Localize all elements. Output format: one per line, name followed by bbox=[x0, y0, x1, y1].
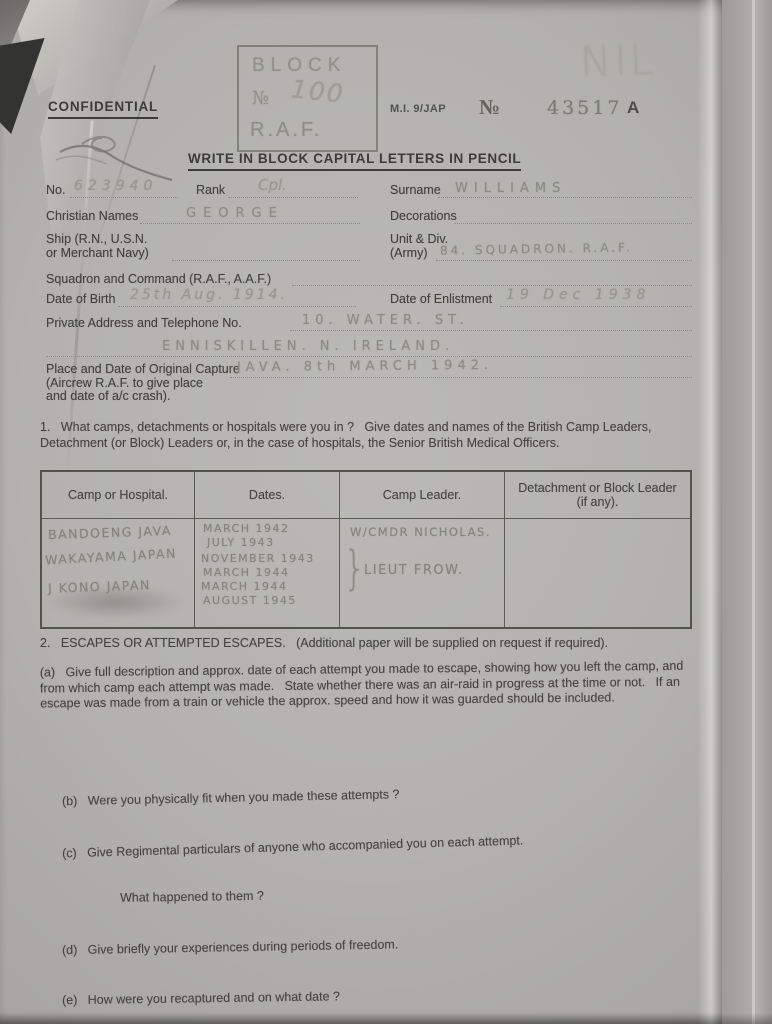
stamp-no-symbol: № bbox=[252, 88, 269, 109]
field-line bbox=[455, 222, 692, 224]
camp-table: Camp or Hospital. Dates. Camp Leader. De… bbox=[40, 470, 692, 629]
camp-entry: BANDOENG JAVA bbox=[48, 523, 172, 542]
table-header-leader: Camp Leader. bbox=[340, 472, 505, 519]
stamp-handwritten-number: 100 bbox=[290, 74, 346, 108]
field-label-decorations: Decorations bbox=[390, 209, 457, 223]
confidential-marking: CONFIDENTIAL bbox=[48, 99, 158, 119]
field-line bbox=[228, 196, 358, 198]
field-value-address-line1: 10. WATER. ST. bbox=[302, 313, 469, 328]
serial-no-symbol: № bbox=[479, 95, 500, 120]
table-cell-leaders: W/CMDR NICHOLAS. } LIEUT FROW. bbox=[340, 519, 505, 627]
field-line bbox=[230, 376, 692, 378]
page-edge-highlight bbox=[752, 0, 755, 1024]
form-instruction-title: WRITE IN BLOCK CAPITAL LETTERS IN PENCIL bbox=[188, 151, 521, 171]
question-2b-text: (b) Were you physically fit when you mad… bbox=[62, 782, 662, 810]
leader-entry: LIEUT FROW. bbox=[364, 563, 464, 578]
leader-entry: W/CMDR NICHOLAS. bbox=[350, 525, 491, 539]
field-label-capture-2: (Aircrew R.A.F. to give place bbox=[46, 376, 203, 390]
field-value-address-line2: ENNISKILLEN. N. IRELAND. bbox=[162, 339, 454, 354]
field-line bbox=[46, 355, 692, 357]
field-label-date-of-enlistment: Date of Enlistment bbox=[390, 292, 492, 306]
scanned-document-page: CONFIDENTIAL BLOCK № 100 R.A.F. M.I. 9/J… bbox=[0, 0, 772, 1024]
date-entry: MARCH 1942 bbox=[203, 522, 290, 535]
field-label-unit-2: (Army) bbox=[390, 246, 428, 260]
question-2c-text: (c) Give Regimental particulars of anyon… bbox=[62, 830, 662, 862]
field-value-capture: JAVA. 8th MARCH 1942. bbox=[237, 358, 493, 375]
field-value-christian-names: GEORGE bbox=[186, 206, 284, 221]
table-cell-detachment bbox=[505, 519, 690, 627]
field-label-no: No. bbox=[46, 183, 65, 197]
question-1-text: 1. What camps, detachments or hospitals … bbox=[40, 420, 700, 451]
field-label-capture-3: and date of a/c crash). bbox=[46, 389, 170, 403]
field-line bbox=[292, 284, 692, 286]
question-2e-text: (e) How were you recaptured and on what … bbox=[62, 985, 662, 1009]
field-line bbox=[70, 196, 178, 198]
brace-mark: } bbox=[344, 541, 366, 595]
table-header-detachment: Detachment or Block Leader (if any). bbox=[505, 472, 690, 519]
bottom-shadow bbox=[0, 1013, 772, 1024]
field-label-ship-1: Ship (R.N., U.S.N. bbox=[46, 232, 147, 246]
field-label-rank: Rank bbox=[196, 183, 225, 197]
table-header-dates: Dates. bbox=[195, 472, 340, 519]
table-header-camp: Camp or Hospital. bbox=[42, 472, 195, 519]
block-number-stamp: BLOCK № 100 R.A.F. bbox=[237, 45, 378, 152]
field-label-squadron-command: Squadron and Command (R.A.F., A.A.F.) bbox=[46, 272, 271, 286]
question-2c-followup-text: What happened to them ? bbox=[120, 885, 520, 906]
underlying-page-edge bbox=[722, 0, 772, 1024]
field-value-rank: Cpl. bbox=[258, 176, 287, 194]
date-entry: MARCH 1944 bbox=[203, 566, 290, 579]
field-line bbox=[438, 196, 692, 198]
page-edge-curl bbox=[698, 0, 722, 1024]
field-line bbox=[290, 329, 692, 331]
field-line bbox=[436, 259, 692, 261]
date-entry: AUGUST 1945 bbox=[203, 594, 297, 607]
field-label-date-of-birth: Date of Birth bbox=[46, 292, 115, 306]
mi9-form-label: M.I. 9/JAP bbox=[390, 103, 446, 115]
camp-entry: WAKAYAMA JAPAN bbox=[45, 546, 178, 568]
field-line bbox=[140, 222, 360, 224]
date-entry: JULY 1943 bbox=[207, 536, 275, 549]
field-line bbox=[500, 305, 692, 307]
pencil-annotation-nil: NIL bbox=[579, 35, 657, 87]
field-label-christian-names: Christian Names bbox=[46, 209, 138, 223]
field-value-date-of-enlistment: 19 Dec 1938 bbox=[506, 287, 650, 303]
field-value-surname: WILLIAMS bbox=[455, 181, 566, 196]
field-label-private-address: Private Address and Telephone No. bbox=[46, 316, 242, 330]
table-cell-dates: MARCH 1942 JULY 1943 NOVEMBER 1943 MARCH… bbox=[195, 519, 340, 627]
field-label-ship-2: or Merchant Navy) bbox=[46, 246, 149, 260]
field-line bbox=[118, 305, 356, 307]
serial-number: 43517 bbox=[547, 97, 622, 119]
field-line bbox=[172, 259, 360, 261]
question-2a-text: (a) Give full description and approx. da… bbox=[40, 659, 702, 712]
table-cell-camps: BANDOENG JAVA WAKAYAMA JAPAN J KONO JAPA… bbox=[42, 519, 195, 627]
field-value-service-number: 623940 bbox=[74, 178, 157, 194]
field-label-surname: Surname bbox=[390, 183, 441, 197]
field-value-unit: 84. SQUADRON. R.A.F. bbox=[440, 240, 633, 257]
date-entry: NOVEMBER 1943 bbox=[201, 552, 315, 565]
question-2d-text: (d) Give briefly your experiences during… bbox=[62, 933, 662, 959]
stamp-line-block: BLOCK bbox=[252, 55, 346, 77]
serial-suffix: A bbox=[627, 98, 639, 118]
date-entry: MARCH 1944 bbox=[201, 580, 288, 593]
field-label-capture-1: Place and Date of Original Capture bbox=[46, 362, 240, 376]
stamp-line-raf: R.A.F. bbox=[250, 119, 322, 142]
field-value-date-of-birth: 25th Aug. 1914. bbox=[130, 287, 288, 303]
question-2-heading: 2. ESCAPES OR ATTEMPTED ESCAPES. (Additi… bbox=[40, 636, 700, 652]
